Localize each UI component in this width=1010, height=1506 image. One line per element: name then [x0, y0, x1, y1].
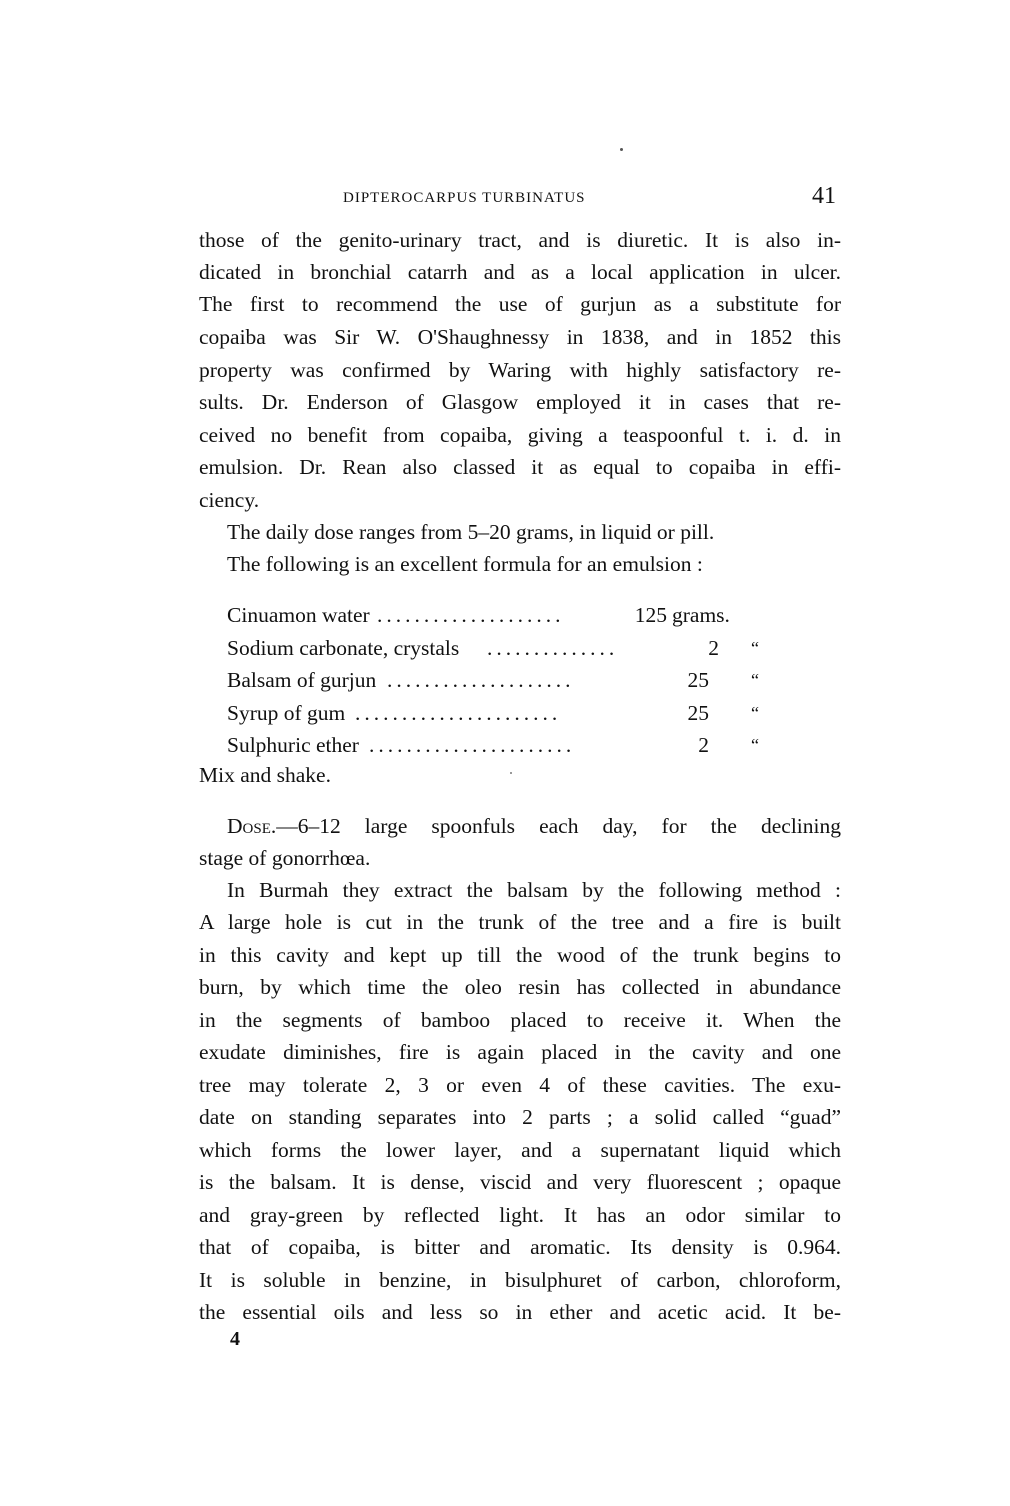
book-page: DIPTEROCARPUS TURBINATUS 41 those of the… — [0, 0, 1010, 1506]
ingredient-unit: grams. — [672, 603, 730, 627]
ditto-mark: “ — [751, 636, 759, 660]
text-line: In Burmah they extract the balsam by the… — [227, 878, 841, 902]
text-line: is the balsam. It is dense, viscid and v… — [199, 1170, 841, 1194]
text-line: in the segments of bamboo placed to rece… — [199, 1008, 841, 1032]
text-line: exudate diminishes, fire is again placed… — [199, 1040, 841, 1064]
ingredient-name: Cinuamon water — [227, 603, 370, 627]
text-line: A large hole is cut in the trunk of the … — [199, 910, 841, 934]
text-line: the essential oils and less so in ether … — [199, 1300, 841, 1324]
ditto-mark: “ — [751, 668, 759, 692]
leader-dots: ...................... — [355, 701, 662, 725]
dose-label: Dose. — [227, 814, 276, 838]
scan-speck — [510, 772, 512, 774]
ingredient-qty: 2 — [667, 733, 709, 757]
leader-dots: .................... — [377, 603, 627, 627]
ingredient-name: Balsam of gurjun — [227, 668, 376, 692]
text-line: sults. Dr. Enderson of Glasgow employed … — [199, 390, 841, 414]
ditto-mark: “ — [751, 701, 759, 725]
dose-line: Dose.—6–12 large spoonfuls each day, for… — [227, 814, 841, 838]
ditto-mark: “ — [751, 733, 759, 757]
text-line: stage of gonorrhœa. — [199, 846, 841, 870]
text-line: The daily dose ranges from 5–20 grams, i… — [227, 520, 841, 544]
text-line: which forms the lower layer, and a super… — [199, 1138, 841, 1162]
leader-dots: .............. — [487, 636, 657, 660]
leader-dots: .................... — [387, 668, 662, 692]
text-line: burn, by which time the oleo resin has c… — [199, 975, 841, 999]
ingredient-name: Sulphuric ether — [227, 733, 359, 757]
scan-speck — [620, 148, 623, 151]
text-line: that of copaiba, is bitter and aromatic.… — [199, 1235, 841, 1259]
dose-text: —6–12 large spoonfuls each day, for the … — [276, 814, 841, 838]
text-line: It is soluble in benzine, in bisulphuret… — [199, 1268, 841, 1292]
signature-mark: 4 — [230, 1328, 240, 1351]
text-line: tree may tolerate 2, 3 or even 4 of thes… — [199, 1073, 841, 1097]
text-line: date on standing separates into 2 parts … — [199, 1105, 841, 1129]
text-line: emulsion. Dr. Rean also classed it as eq… — [199, 455, 841, 479]
text-line: ceived no benefit from copaiba, giving a… — [199, 423, 841, 447]
ingredient-qty: 2 — [667, 636, 719, 660]
page-number: 41 — [812, 183, 836, 210]
text-line: The following is an excellent formula fo… — [227, 552, 841, 576]
ingredient-name: Syrup of gum — [227, 701, 345, 725]
text-line: property was confirmed by Waring with hi… — [199, 358, 841, 382]
ingredient-name: Sodium carbonate, crystals — [227, 636, 459, 660]
text-line: and gray-green by reflected light. It ha… — [199, 1203, 841, 1227]
leader-dots: ...................... — [369, 733, 662, 757]
text-line: The first to recommend the use of gurjun… — [199, 292, 841, 316]
recipe-instruction: Mix and shake. — [199, 763, 813, 787]
running-head: DIPTEROCARPUS TURBINATUS — [343, 190, 586, 207]
text-line: ciency. — [199, 488, 841, 512]
ingredient-qty: 125 — [625, 603, 667, 627]
text-line: copaiba was Sir W. O'Shaughnessy in 1838… — [199, 325, 841, 349]
text-line: dicated in bronchial catarrh and as a lo… — [199, 260, 841, 284]
ingredient-qty: 25 — [667, 668, 709, 692]
text-line: in this cavity and kept up till the wood… — [199, 943, 841, 967]
text-line: those of the genito-urinary tract, and i… — [199, 228, 841, 252]
ingredient-qty: 25 — [667, 701, 709, 725]
